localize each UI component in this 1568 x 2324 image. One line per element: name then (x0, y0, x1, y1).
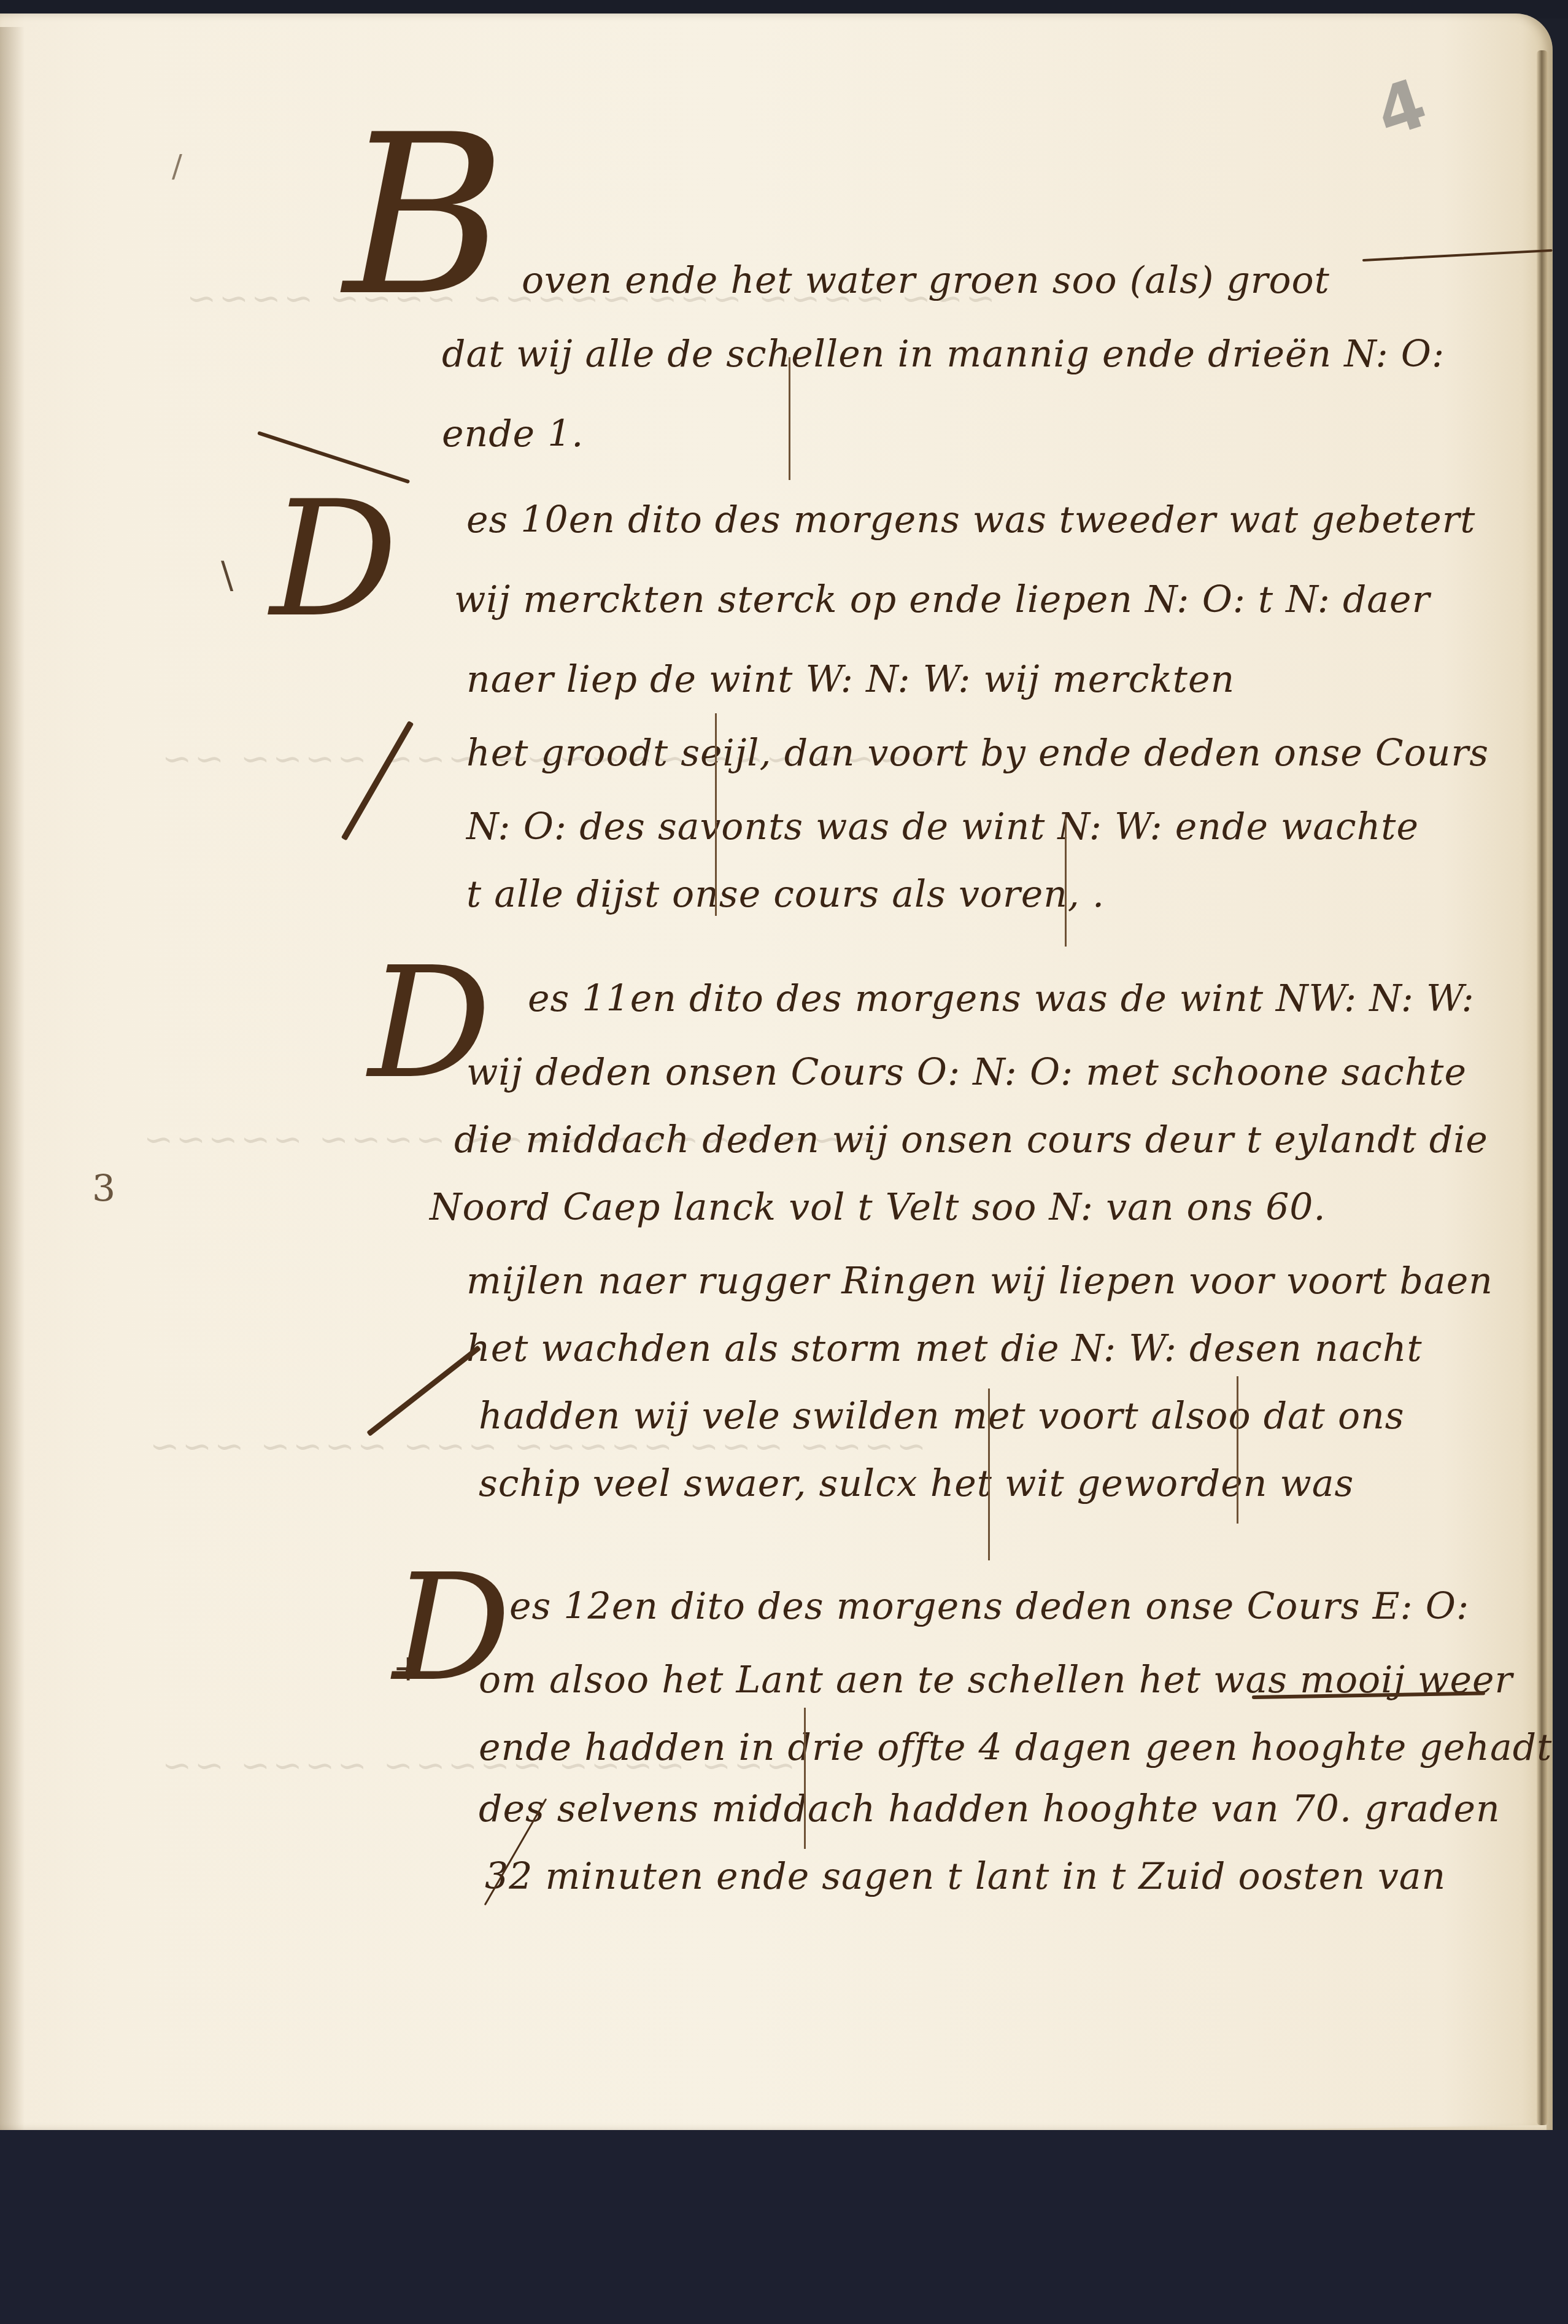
ruled-stroke (988, 1389, 990, 1560)
text-line: het wachden als storm met die N: W: dese… (466, 1327, 1423, 1370)
text-line: Noord Caep lanck vol t Velt soo N: van o… (430, 1186, 1326, 1229)
ruled-stroke (1237, 1376, 1238, 1524)
text-line: N: O: des savonts was de wint N: W: ende… (466, 805, 1419, 848)
text-line: schip veel swaer, sulcx het wit geworden… (479, 1462, 1354, 1505)
text-line: es 12en dito des morgens deden onse Cour… (509, 1585, 1469, 1628)
folio-number: 4 (1367, 63, 1435, 152)
text-line: ende 1. (442, 413, 584, 455)
text-line: 32 minuten ende sagen t lant in t Zuid o… (485, 1855, 1446, 1898)
text-line: dat wij alle de schellen in mannig ende … (442, 333, 1445, 376)
binding-gutter-shadow (0, 27, 25, 2145)
text-line: die middach deden wij onsen cours deur t… (454, 1118, 1488, 1161)
margin-mark: 3 (92, 1168, 115, 1210)
ruled-stroke (789, 357, 790, 480)
text-line: es 11en dito des morgens was de wint NW:… (528, 977, 1475, 1020)
text-line: oven ende het water groen soo (als) groo… (522, 259, 1330, 302)
text-line: naer liep de wint W: N: W: wij merckten (466, 658, 1235, 701)
pen-flourish (366, 1345, 481, 1436)
decorated-initial: D (270, 480, 398, 640)
text-line: mijlen naer rugger Ringen wij liepen voo… (466, 1260, 1493, 1303)
text-line: ende hadden in drie offte 4 dagen geen h… (479, 1726, 1552, 1769)
page-edge-right (1537, 50, 1548, 2125)
pen-flourish (1362, 249, 1553, 261)
ruled-stroke (1065, 818, 1067, 947)
margin-mark: / (172, 149, 182, 184)
text-line: t alle dijst onse cours als voren, . (466, 873, 1105, 916)
text-line: hadden wij vele swilden met voort alsoo … (479, 1395, 1405, 1438)
text-line: het groodt seijl, dan voort by ende dede… (466, 732, 1489, 775)
manuscript-page: ~~~ ~~~~ ~~~ ~~~~~ ~~~~ ~~~~ ~~~~ ~~~ ~~… (0, 14, 1553, 2131)
text-line: es 10en dito des morgens was tweeder wat… (466, 498, 1475, 541)
text-line: wij merckten sterck op ende liepen N: O:… (454, 578, 1430, 621)
ruled-stroke (715, 713, 717, 916)
decorated-initial: B (344, 106, 506, 327)
ruled-stroke (804, 1708, 806, 1849)
text-line: des selvens middach hadden hooghte van 7… (479, 1788, 1500, 1830)
text-line: wij deden onsen Cours O: N: O: met schoo… (466, 1051, 1467, 1094)
scanner-bottom-background (0, 2130, 1568, 2324)
margin-mark: \ (221, 554, 233, 597)
